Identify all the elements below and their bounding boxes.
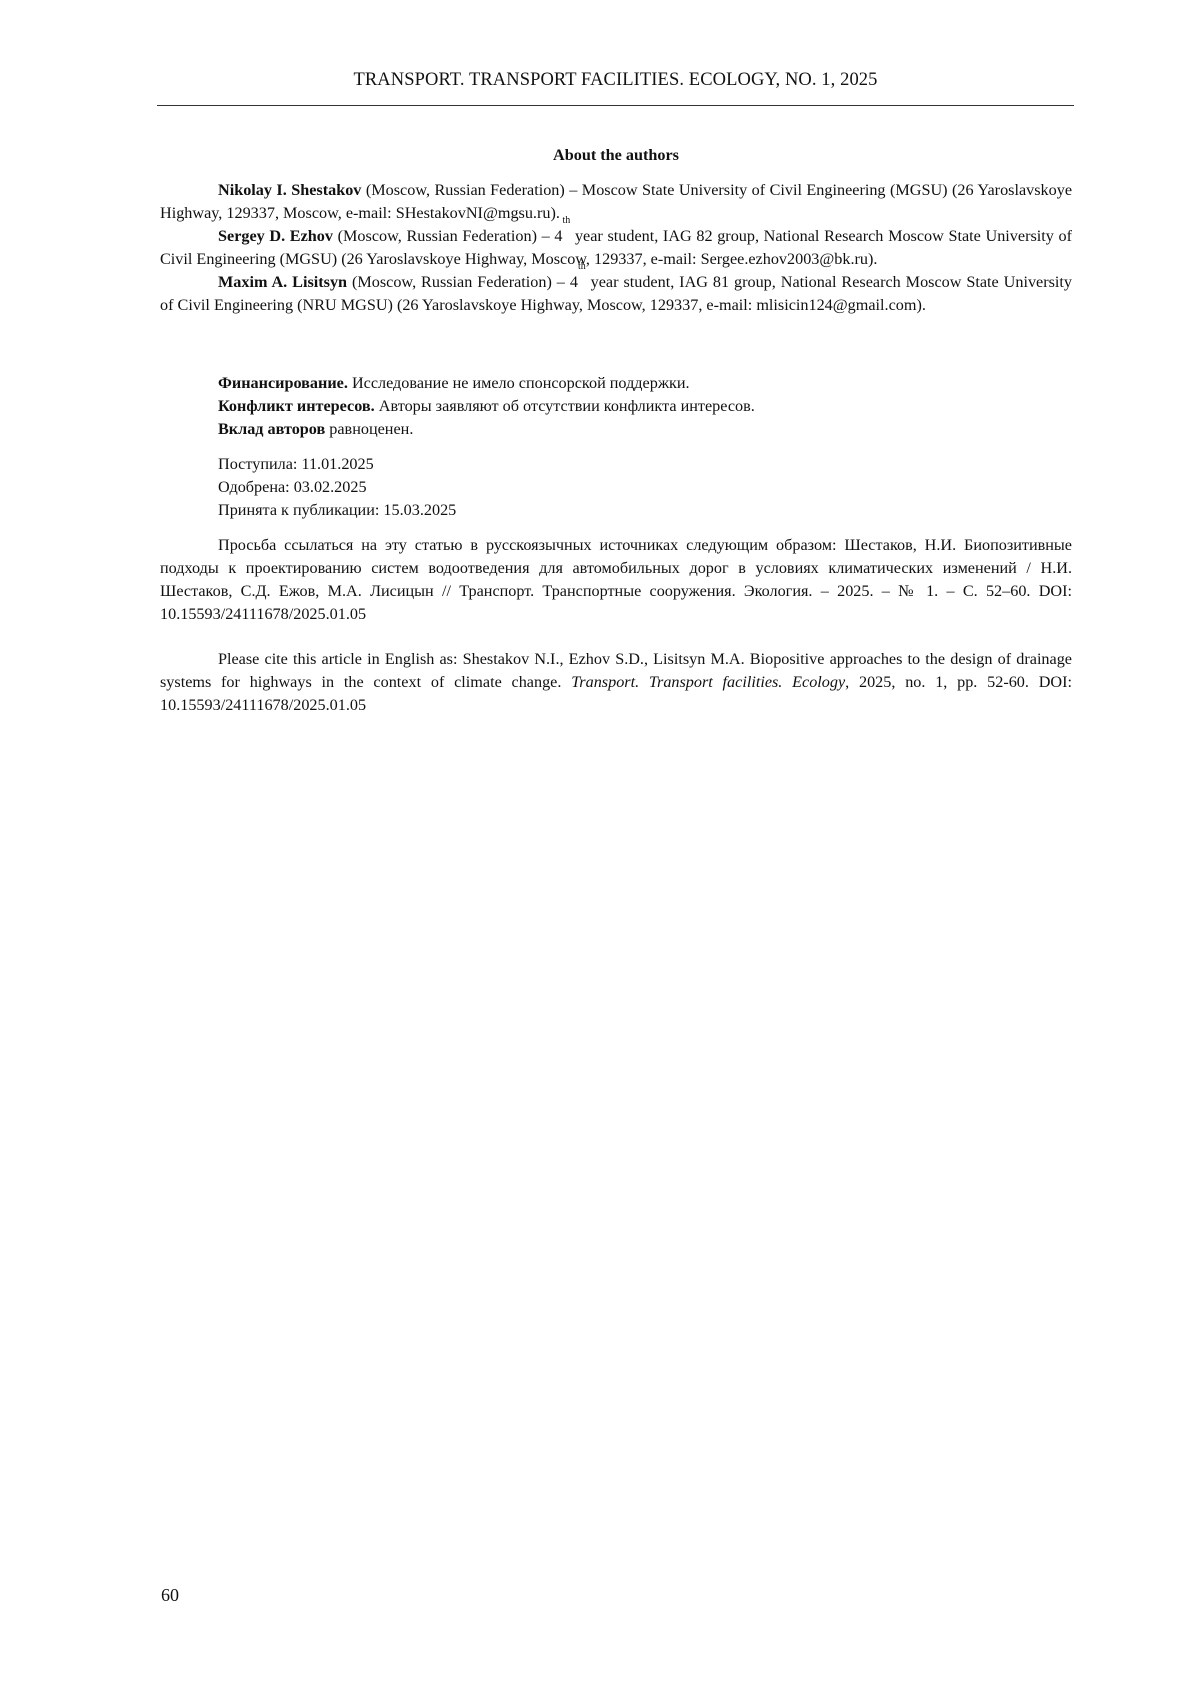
declarations: Финансирование. Исследование не имело сп… <box>160 372 1072 441</box>
author-details: (Moscow, Russian Federation) – 4 <box>347 273 578 291</box>
author-details: (Moscow, Russian Federation) – 4 <box>333 227 563 245</box>
author-name: Sergey D. Ezhov <box>218 227 333 245</box>
date-received: Поступила: 11.01.2025 <box>218 453 1072 476</box>
header-divider <box>157 105 1074 106</box>
date-approved: Одобрена: 03.02.2025 <box>218 476 1072 499</box>
author-entry: Sergey D. Ezhov (Moscow, Russian Federat… <box>160 225 1072 271</box>
conflict-label: Конфликт интересов. <box>218 397 375 415</box>
page-content: About the authors Nikolay I. Shestakov (… <box>160 144 1072 717</box>
citation-english: Please cite this article in English as: … <box>160 648 1072 717</box>
section-title-about-authors: About the authors <box>160 144 1072 167</box>
author-list: Nikolay I. Shestakov (Moscow, Russian Fe… <box>160 179 1072 317</box>
funding-label: Финансирование. <box>218 374 348 392</box>
conflict-text: Авторы заявляют об отсутствии конфликта … <box>375 397 755 415</box>
funding-text: Исследование не имело спонсорской поддер… <box>348 374 690 392</box>
citation-russian: Просьба ссылаться на эту статью в русско… <box>160 534 1072 626</box>
funding-statement: Финансирование. Исследование не имело сп… <box>218 372 1072 395</box>
ordinal-suffix: th <box>578 261 586 272</box>
ordinal-suffix: th <box>563 215 571 226</box>
author-name: Nikolay I. Shestakov <box>218 181 361 199</box>
date-accepted: Принята к публикации: 15.03.2025 <box>218 499 1072 522</box>
conflict-statement: Конфликт интересов. Авторы заявляют об о… <box>218 395 1072 418</box>
running-header: TRANSPORT. TRANSPORT FACILITIES. ECOLOGY… <box>157 70 1074 91</box>
author-entry: Nikolay I. Shestakov (Moscow, Russian Fe… <box>160 179 1072 225</box>
page-number: 60 <box>161 1585 179 1606</box>
contribution-statement: Вклад авторов равноценен. <box>218 418 1072 441</box>
contribution-text: равноценен. <box>325 420 413 438</box>
author-name: Maxim A. Lisitsyn <box>218 273 347 291</box>
journal-name: Transport. Transport facilities. Ecology <box>571 673 845 691</box>
article-dates: Поступила: 11.01.2025 Одобрена: 03.02.20… <box>160 453 1072 522</box>
author-entry: Maxim A. Lisitsyn (Moscow, Russian Feder… <box>160 271 1072 317</box>
contribution-label: Вклад авторов <box>218 420 325 438</box>
